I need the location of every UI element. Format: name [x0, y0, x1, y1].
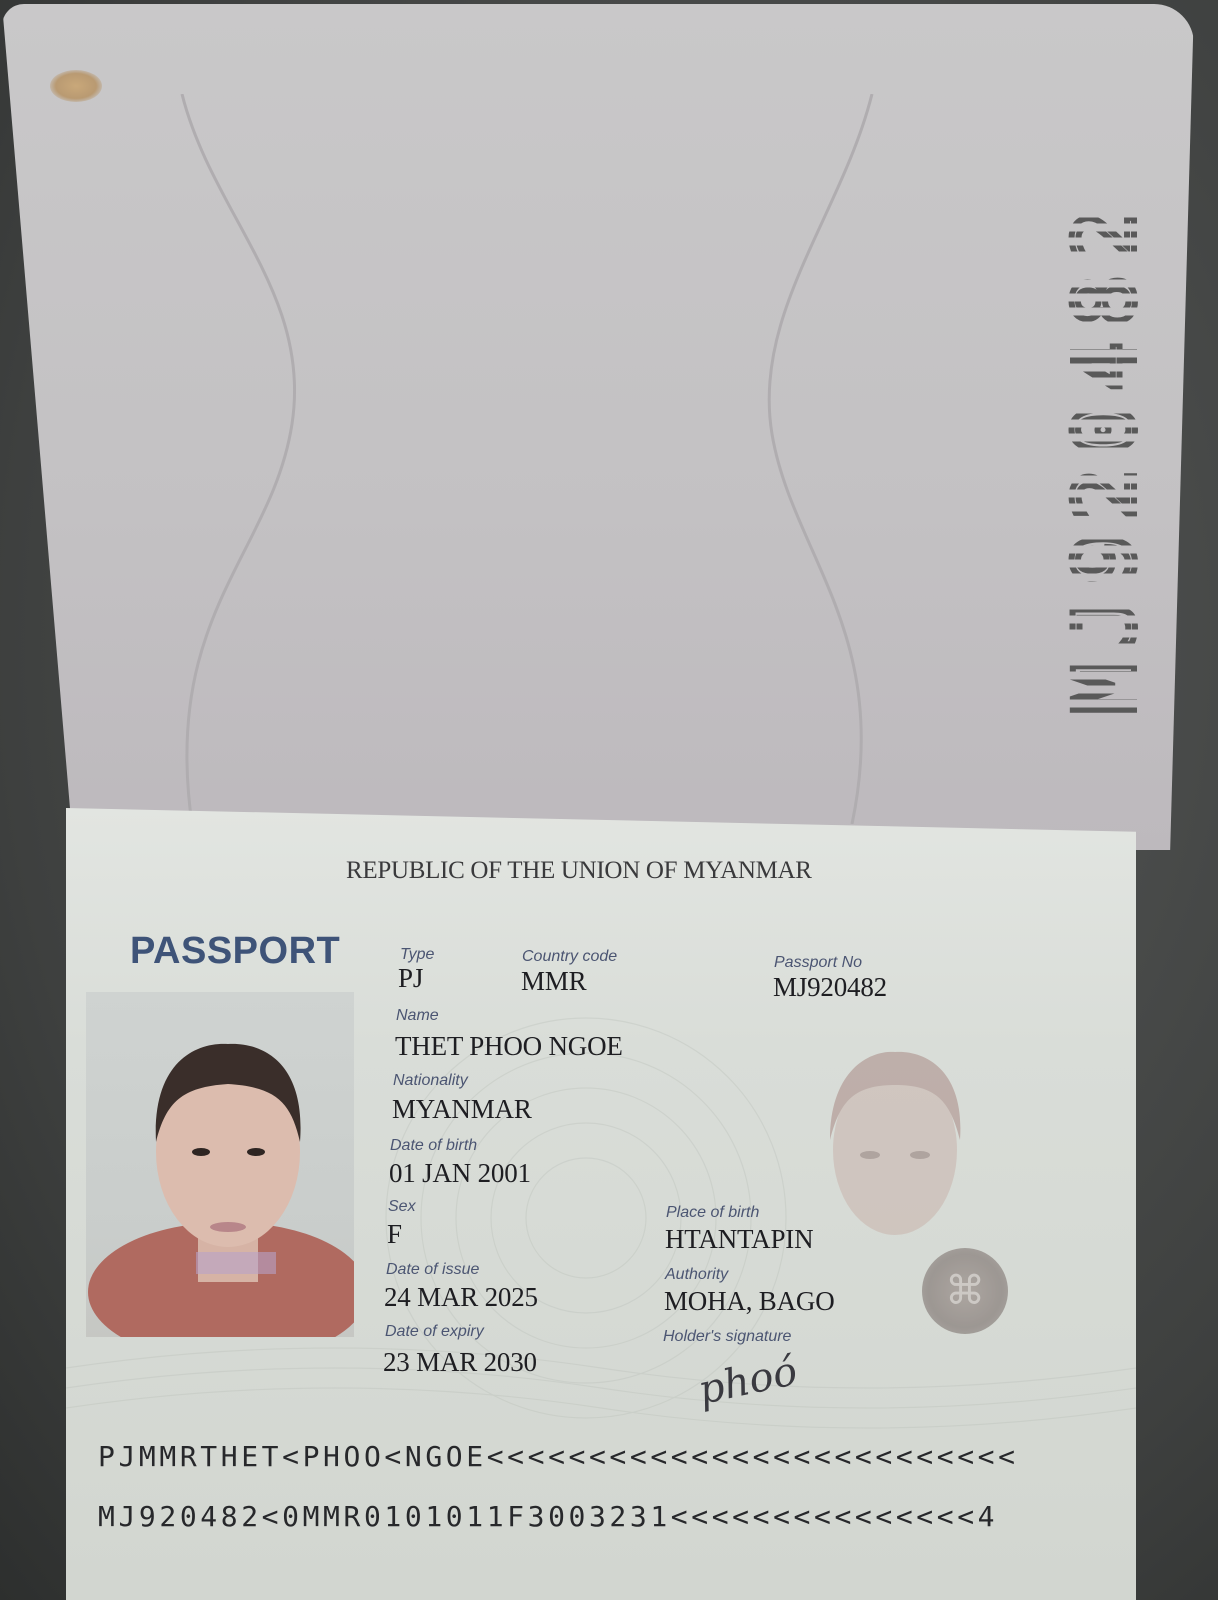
type-label: Type: [400, 946, 434, 964]
issuing-country: REPUBLIC OF THE UNION OF MYANMAR: [346, 857, 866, 885]
portrait-icon: [86, 992, 354, 1337]
name-label: Name: [396, 1007, 439, 1025]
date-of-expiry-label: Date of expiry: [385, 1323, 484, 1341]
mrz-line-1: PJMMRTHET<PHOO<NGOE<<<<<<<<<<<<<<<<<<<<<…: [98, 1440, 1019, 1473]
nationality-value: MYANMAR: [392, 1094, 532, 1125]
date-of-expiry-value: 23 MAR 2030: [383, 1347, 537, 1378]
official-seal: ⌘: [922, 1248, 1008, 1334]
official-seal-icon: ⌘: [922, 1248, 1008, 1334]
date-of-birth-label: Date of birth: [390, 1137, 477, 1155]
sex-value: F: [387, 1219, 402, 1250]
date-of-issue-label: Date of issue: [386, 1261, 479, 1279]
passport-no-value: MJ920482: [773, 972, 887, 1003]
page-wave-pattern: [152, 94, 912, 824]
name-value: THET PHOO NGOE: [395, 1031, 623, 1062]
type-value: PJ: [398, 963, 423, 994]
date-of-issue-value: 24 MAR 2025: [384, 1282, 538, 1313]
date-of-birth-value: 01 JAN 2001: [389, 1158, 531, 1189]
perforated-passport-number: MJ920482: [1040, 160, 1170, 750]
place-of-birth-label: Place of birth: [666, 1204, 759, 1222]
mrz-line-2: MJ920482<0MMR0101011F3003231<<<<<<<<<<<<…: [98, 1500, 998, 1533]
passport-no-label: Passport No: [774, 954, 862, 972]
holders-signature-label: Holder's signature: [663, 1328, 791, 1346]
authority-label: Authority: [665, 1266, 728, 1284]
ghost-portrait: [800, 1030, 990, 1270]
sex-label: Sex: [388, 1198, 416, 1216]
country-code-label: Country code: [522, 948, 617, 966]
nationality-label: Nationality: [393, 1072, 468, 1090]
place-of-birth-value: HTANTAPIN: [665, 1224, 813, 1255]
upper-blank-page: [2, 4, 1194, 850]
page-stain: [50, 70, 102, 102]
country-code-value: MMR: [521, 966, 586, 997]
document-title: PASSPORT: [130, 930, 340, 973]
authority-value: MOHA, BAGO: [664, 1286, 835, 1317]
holder-photo: [86, 992, 354, 1337]
